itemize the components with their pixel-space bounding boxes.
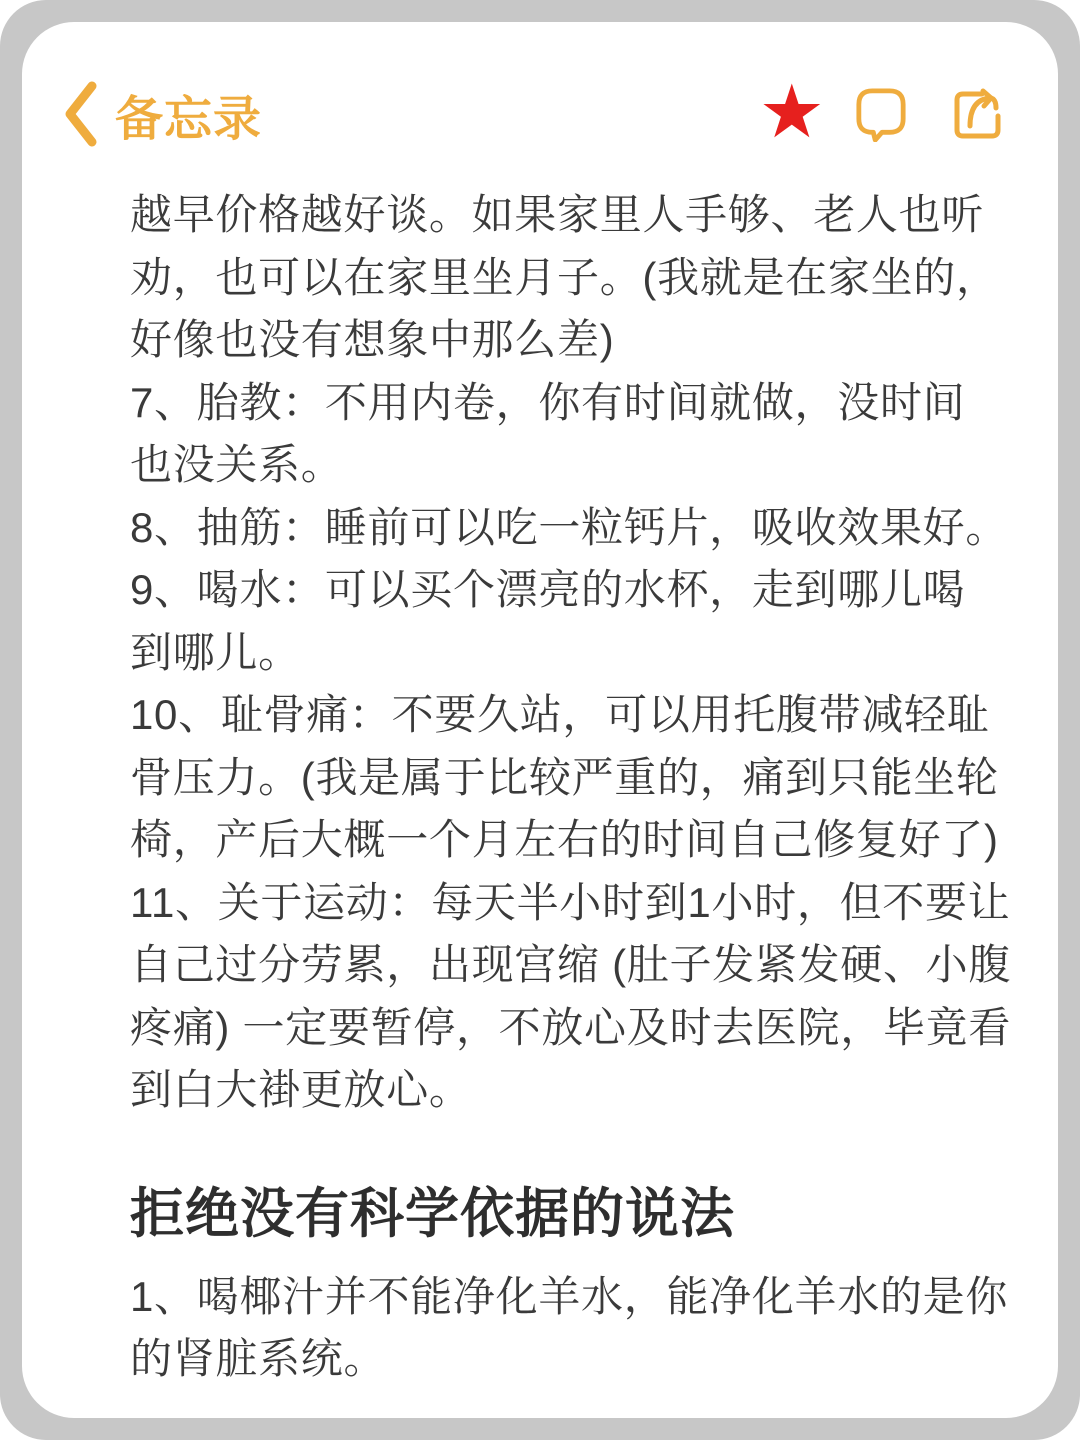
comment-bubble-icon[interactable] — [855, 86, 907, 142]
note-line: 1、喝椰汁并不能净化羊水，能净化羊水的是你 — [130, 1266, 962, 1329]
note-line: 到白大褂更放心。 — [130, 1059, 962, 1122]
note-line: 好像也没有想象中那么差) — [130, 309, 962, 372]
note-body[interactable]: 越早价格越好谈。如果家里人手够、老人也听劝，也可以在家里坐月子。(我就是在家坐的… — [22, 184, 1058, 1391]
note-line: 7、胎教：不用内卷，你有时间就做，没时间 — [130, 372, 962, 435]
note-line: 的肾脏系统。 — [130, 1328, 962, 1391]
gray-frame: 备忘录 ★ 越早价格越好谈。如果家里人手够、老人也听劝，也可以 — [0, 0, 1080, 1440]
section-heading: 拒绝没有科学依据的说法 — [130, 1178, 962, 1250]
star-icon[interactable]: ★ — [759, 77, 825, 151]
back-label: 备忘录 — [115, 80, 262, 149]
note-line: 到哪儿。 — [130, 622, 962, 685]
note-line: 疼痛) 一定要暂停，不放心及时去医院，毕竟看 — [130, 997, 962, 1060]
note-card: 备忘录 ★ 越早价格越好谈。如果家里人手够、老人也听劝，也可以 — [22, 22, 1058, 1418]
back-button[interactable]: 备忘录 — [63, 80, 262, 149]
note-line: 11、关于运动：每天半小时到1小时，但不要让 — [130, 872, 962, 935]
note-line: 椅，产后大概一个月左右的时间自己修复好了) — [130, 809, 962, 872]
note-line: 9、喝水：可以买个漂亮的水杯，走到哪儿喝 — [130, 559, 962, 622]
note-line: 8、抽筋：睡前可以吃一粒钙片，吸收效果好。 — [130, 497, 962, 560]
notes-header: 备忘录 ★ — [22, 78, 1058, 150]
note-line: 越早价格越好谈。如果家里人手够、老人也听 — [130, 184, 962, 247]
chevron-left-icon — [63, 81, 99, 147]
note-line: 骨压力。(我是属于比较严重的，痛到只能坐轮 — [130, 747, 962, 810]
share-icon[interactable] — [949, 86, 1003, 142]
note-line: 也没关系。 — [130, 434, 962, 497]
note-line: 10、耻骨痛：不要久站，可以用托腹带减轻耻 — [130, 684, 962, 747]
note-line: 劝，也可以在家里坐月子。(我就是在家坐的， — [130, 247, 962, 310]
note-line: 自己过分劳累，出现宫缩 (肚子发紧发硬、小腹 — [130, 934, 962, 997]
